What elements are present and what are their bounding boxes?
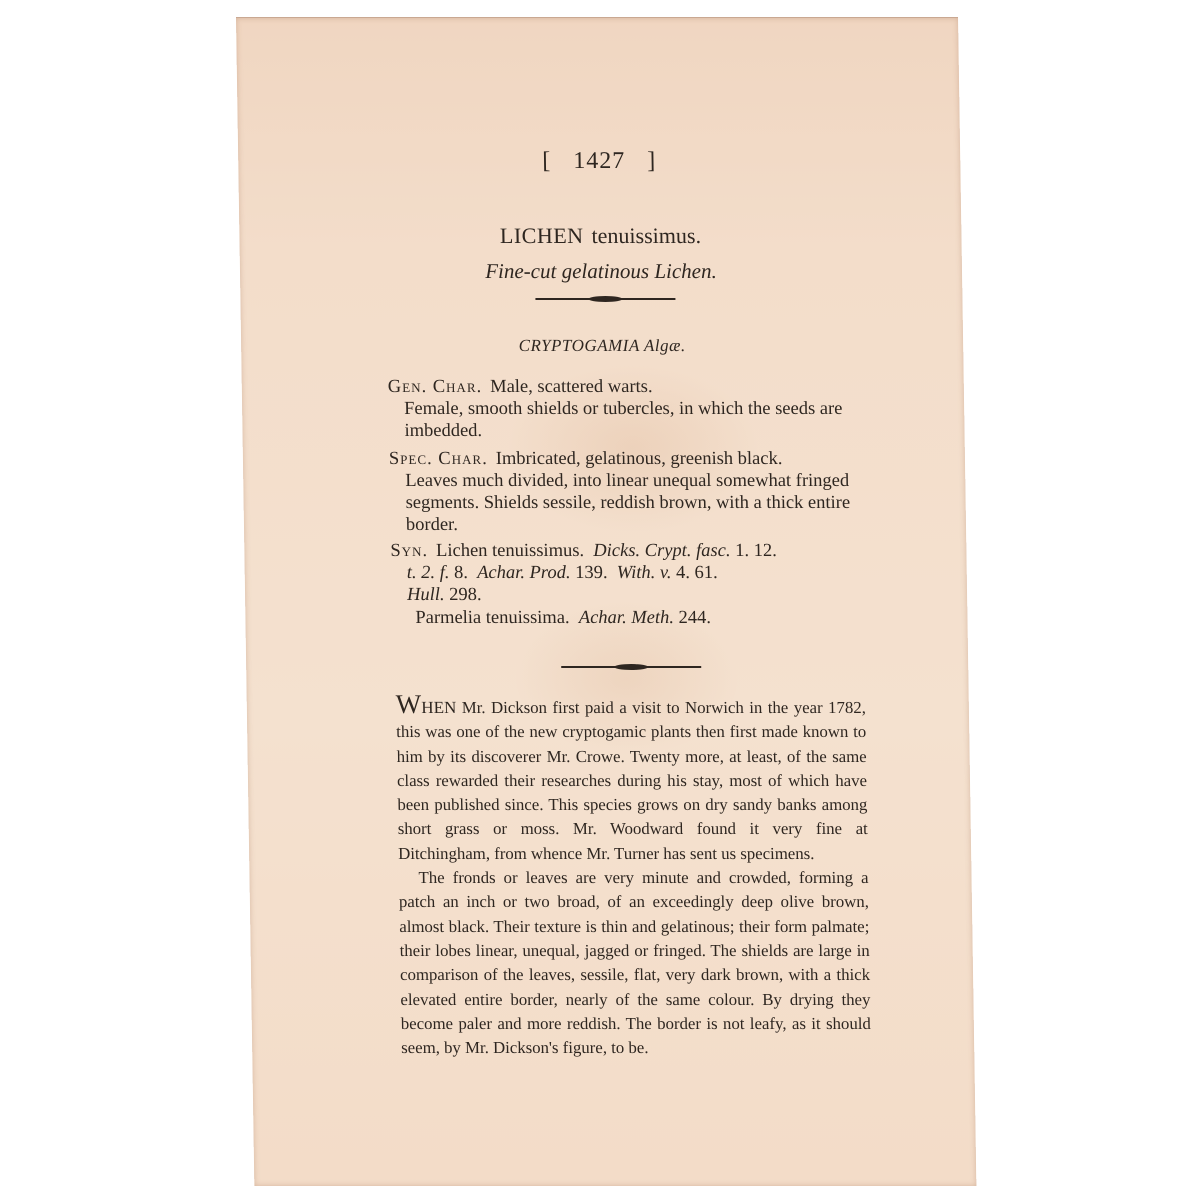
specific-character: Spec. Char.Imbricated, gelatinous, green… bbox=[389, 448, 870, 536]
syn-label: Syn. bbox=[390, 541, 428, 561]
syn-ref-abbr-4: Hull. bbox=[407, 585, 445, 605]
classification-main: CRYPTOGAMIA bbox=[519, 336, 640, 355]
syn-ref-loc-2: 139. bbox=[575, 563, 608, 583]
bracket-open: [ bbox=[520, 148, 573, 175]
lead-caps: HEN bbox=[421, 698, 456, 717]
classification: CRYPTOGAMIA Algæ. bbox=[241, 336, 963, 356]
gen-char-continuation: Female, smooth shields or tubercles, in … bbox=[388, 398, 869, 442]
alt-ref-loc: 244. bbox=[678, 608, 711, 628]
description-body: WHEN Mr. Dickson first paid a visit to N… bbox=[396, 694, 872, 1060]
title-genus: LICHEN bbox=[500, 223, 584, 248]
gen-char-line1: Male, scattered warts. bbox=[490, 377, 653, 397]
bracket-close: ] bbox=[625, 148, 678, 175]
species-title: LICHENtenuissimus. bbox=[239, 223, 961, 249]
ornamental-rule-bottom bbox=[561, 666, 701, 668]
classification-sub: Algæ. bbox=[644, 336, 686, 355]
page-number: [1427] bbox=[238, 148, 960, 175]
syn-ref-abbr-3: With. v. bbox=[617, 563, 672, 583]
ornamental-rule-top bbox=[535, 298, 675, 300]
spec-char-line1: Imbricated, gelatinous, greenish black. bbox=[496, 449, 783, 469]
syn-ref-abbr-2: Achar. Prod. bbox=[477, 563, 571, 583]
common-name: Fine-cut gelatinous Lichen. bbox=[240, 259, 962, 284]
synonym-parmelia: Parmelia tenuissima. Achar. Meth. 244. bbox=[415, 608, 711, 629]
alt-ref-abbr: Achar. Meth. bbox=[579, 608, 674, 628]
paragraph-1: WHEN Mr. Dickson first paid a visit to N… bbox=[396, 694, 869, 866]
paragraph-1-text: Mr. Dickson first paid a visit to Norwic… bbox=[396, 698, 868, 863]
generic-character: Gen. Char.Male, scattered warts. Female,… bbox=[388, 376, 869, 442]
syn-ref-abbr-1: t. 2. f. bbox=[407, 563, 450, 583]
page-number-value: 1427 bbox=[573, 148, 625, 174]
book-page: [1427] LICHENtenuissimus. Fine-cut gelat… bbox=[236, 17, 976, 1186]
syn-ref-loc-4: 298. bbox=[449, 585, 482, 605]
syn-ref-loc-3: 4. 61. bbox=[676, 563, 718, 583]
syn-name: Lichen tenuissimus. bbox=[436, 541, 584, 561]
paragraph-2: The fronds or leaves are very minute and… bbox=[398, 866, 871, 1060]
gen-char-label: Gen. Char. bbox=[388, 377, 483, 397]
spec-char-label: Spec. Char. bbox=[389, 449, 488, 469]
alt-name: Parmelia tenuissima. bbox=[415, 608, 569, 628]
synonymy: Syn.Lichen tenuissimus. Dicks. Crypt. fa… bbox=[390, 540, 871, 606]
title-species: tenuissimus. bbox=[591, 223, 701, 248]
syn-ref-abbr-0: Dicks. Crypt. fasc. bbox=[593, 541, 731, 561]
syn-ref-loc-0: 1. 12. bbox=[735, 541, 777, 561]
syn-continuation: t. 2. f. 8. Achar. Prod. 139. With. v. 4… bbox=[391, 562, 872, 606]
spec-char-continuation: Leaves much divided, into linear unequal… bbox=[389, 470, 870, 536]
drop-cap: W bbox=[396, 689, 422, 719]
syn-ref-loc-1: 8. bbox=[454, 563, 468, 583]
